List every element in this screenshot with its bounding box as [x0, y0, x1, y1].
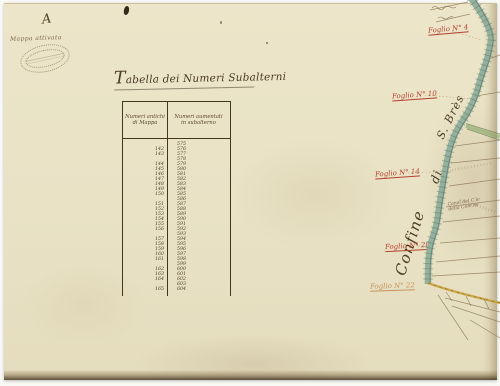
table-header-row: Numeri antichi di Mappa Numeri aumentati…: [123, 102, 230, 139]
boundary-label-word: S. Brès: [434, 92, 467, 141]
ink-speck: [266, 42, 268, 44]
ink-blot: [123, 6, 130, 16]
sheet-number-label: Foglio N° 22: [370, 281, 415, 291]
number-table: Numeri antichi di Mappa Numeri aumentati…: [122, 101, 231, 296]
oval-ink-stamp-icon: [18, 40, 73, 77]
ink-speck: [220, 21, 222, 24]
sheet-number-label: Foglio N° 20: [385, 241, 430, 251]
table-title: Tabella dei Numeri Subalterni: [114, 66, 254, 91]
map-sheet-paper: A Mappa attivata Tabella dei Numeri Suba…: [4, 3, 497, 380]
table-row: 165604: [123, 287, 230, 292]
number-table-rows: 5751425761435775781445791455801465811475…: [123, 142, 230, 292]
table-header-old-numbers: Numeri antichi di Mappa: [123, 102, 167, 138]
oval-ink-stamp-inner: [24, 46, 67, 71]
sheet-number-label: Foglio N° 4: [428, 23, 469, 34]
table-header-subaltern-numbers: Numeri aumentati in subalterno: [167, 102, 230, 138]
old-map-number: 165: [123, 287, 164, 292]
corner-section-letter: A: [41, 11, 52, 27]
header-line: in subalterno: [167, 120, 230, 127]
sheet-number-label: Foglio N° 14: [375, 167, 420, 178]
canal-annotation: Canal del C.le della Com.ne: [447, 198, 481, 214]
sheet-number-label: Foglio N° 10: [392, 89, 437, 100]
header-line: di Mappa: [123, 120, 167, 127]
subaltern-number: 604: [164, 287, 230, 292]
corner-inscription: Mappa attivata: [10, 34, 62, 43]
boundary-label-word: di: [427, 168, 445, 186]
